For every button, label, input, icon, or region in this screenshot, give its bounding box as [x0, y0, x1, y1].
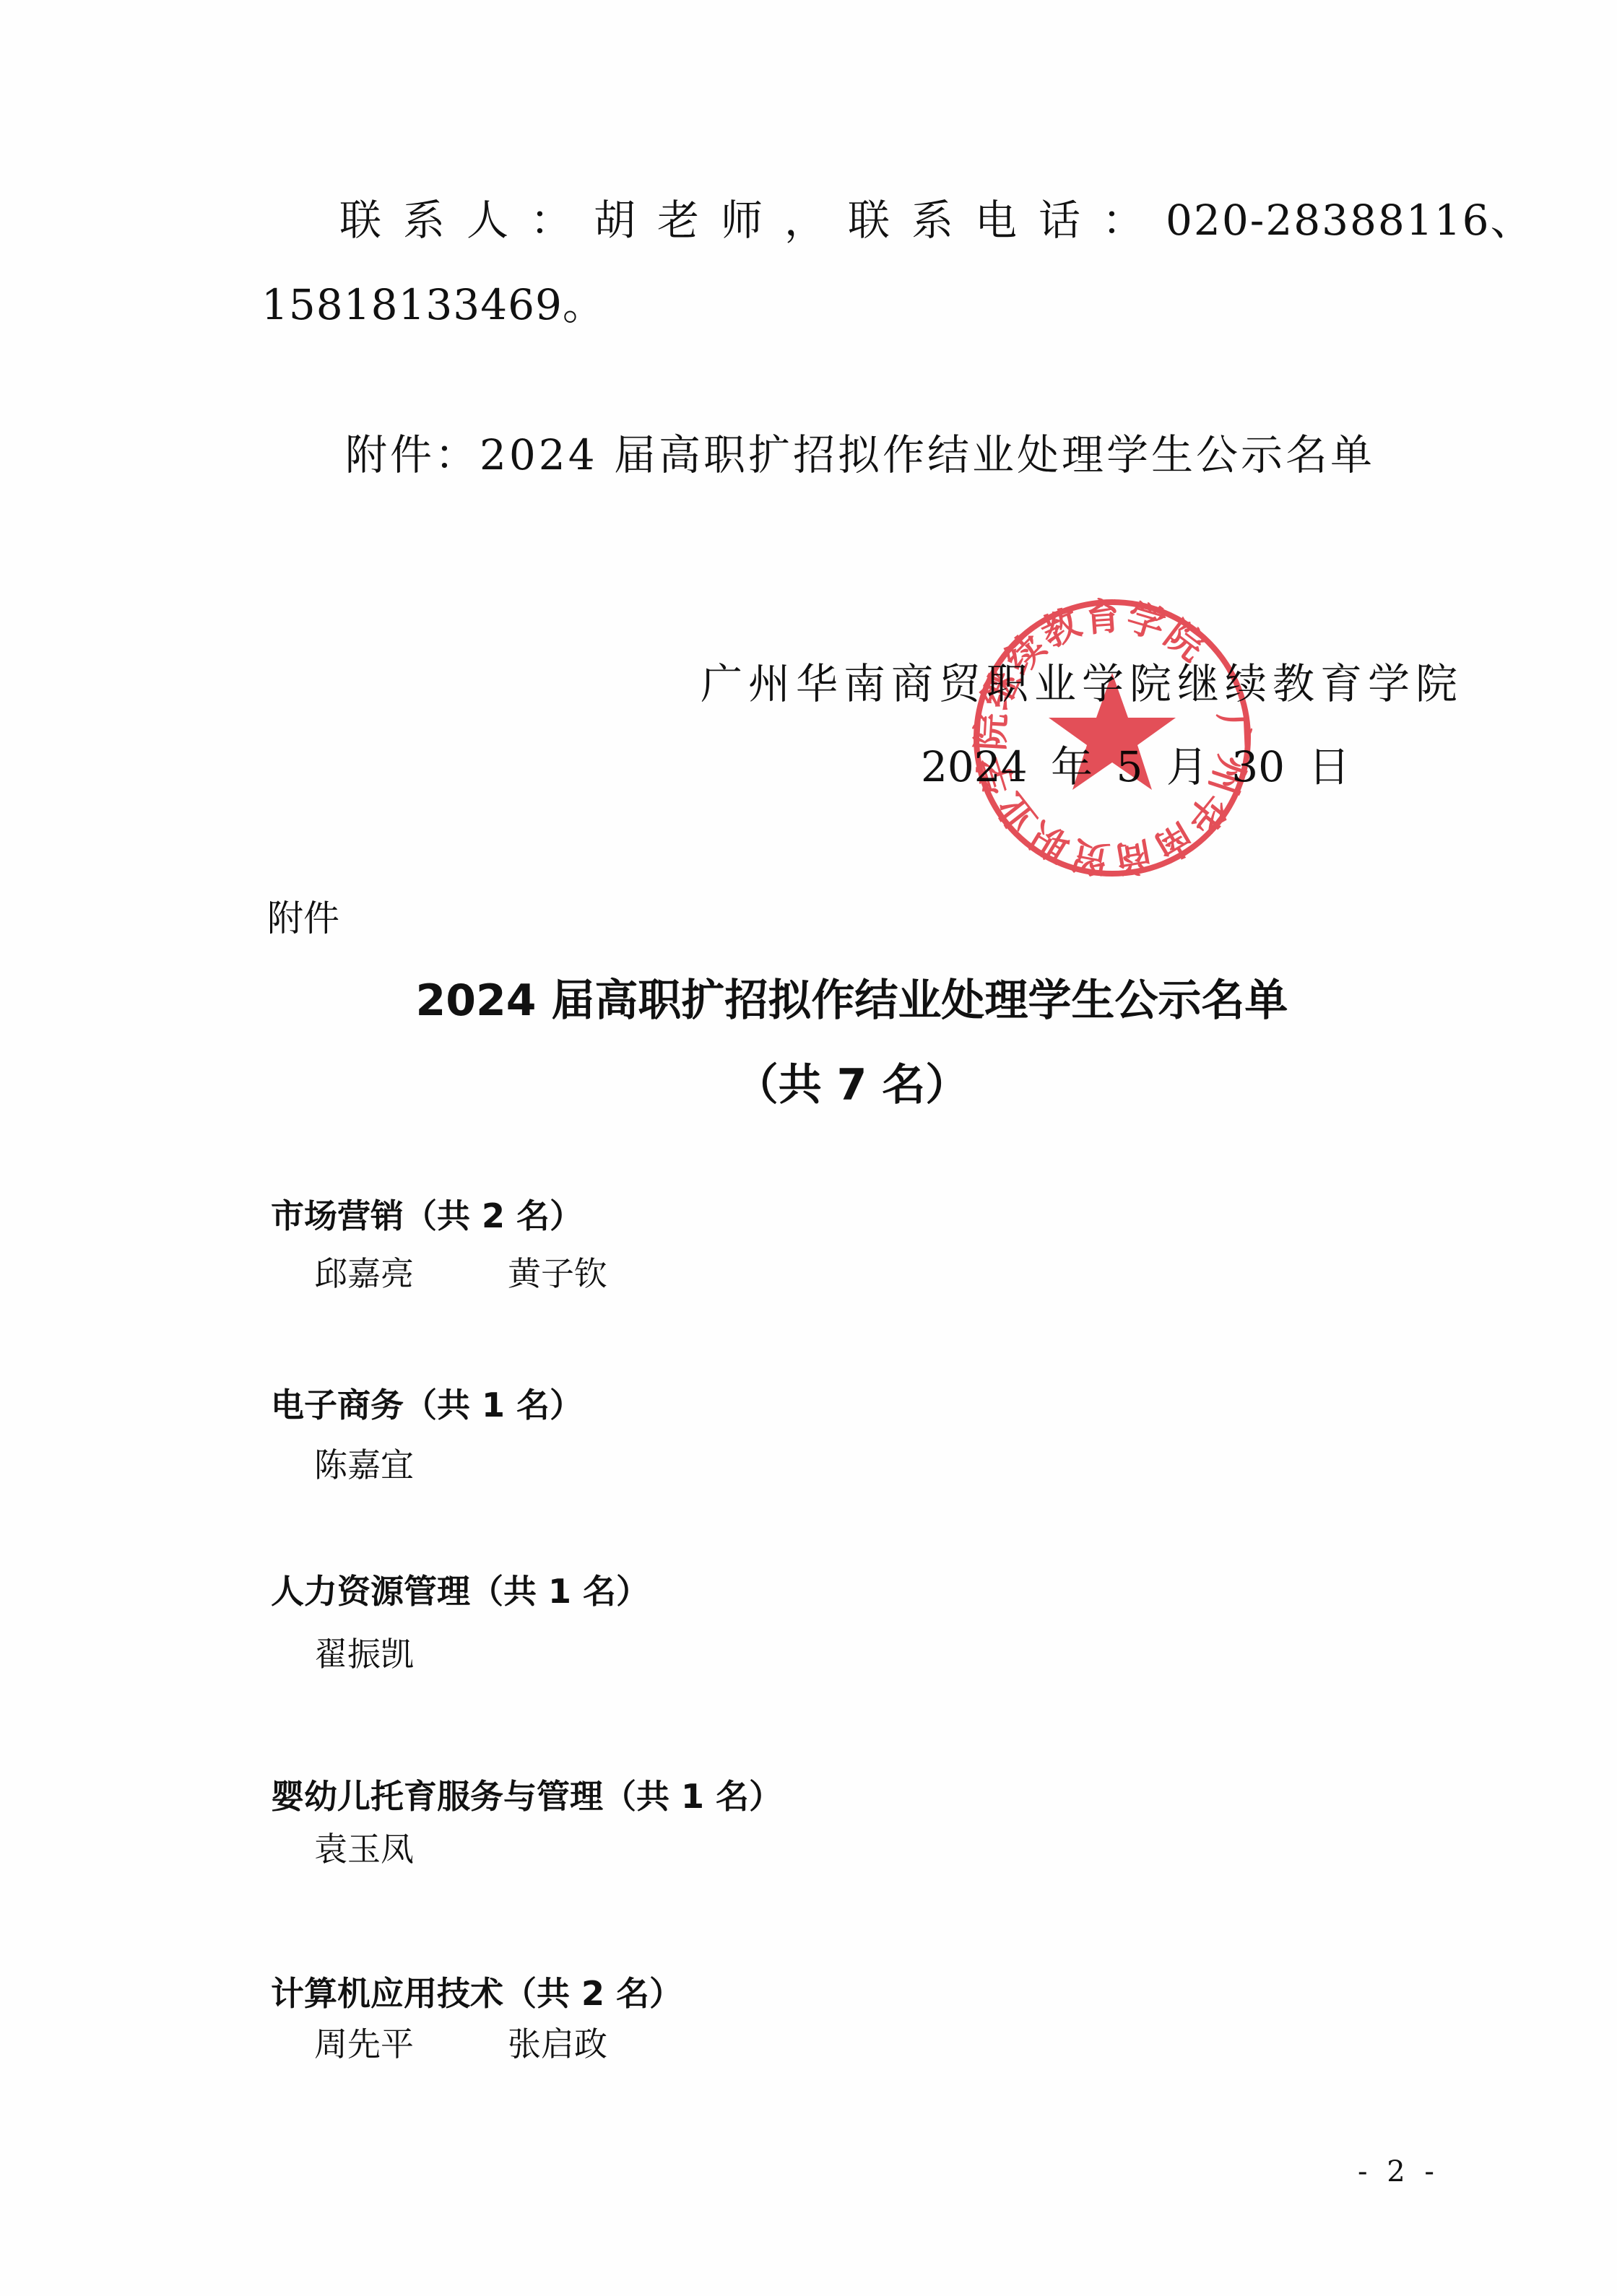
major-heading-computer-applications: 计算机应用技术（共 2 名）: [271, 1967, 682, 2015]
student-names-ecommerce: 陈嘉宜: [314, 1439, 414, 1487]
attachment-label: 附件: [267, 890, 339, 942]
student-name: 黄子钦: [508, 1248, 607, 1295]
student-names-computer-applications: 周先平 张启政: [314, 2018, 607, 2066]
student-names-hr-management: 翟振凯: [314, 1628, 414, 1676]
page-number: - 2 -: [1358, 2155, 1434, 2188]
official-seal-stamp-icon: 广州华南商贸职业学院继续教育学院: [968, 593, 1257, 882]
student-names-childcare: 袁玉凤: [314, 1823, 414, 1871]
major-heading-childcare: 婴幼儿托育服务与管理（共 1 名）: [271, 1770, 782, 1818]
student-name: 邱嘉亮: [314, 1248, 414, 1295]
major-heading-marketing: 市场营销（共 2 名）: [271, 1190, 583, 1238]
student-name: 周先平: [314, 2018, 414, 2066]
contact-text: 联系人：胡老师，联系电话：: [339, 196, 1166, 245]
student-name: 张启政: [508, 2018, 607, 2066]
major-heading-ecommerce: 电子商务（共 1 名）: [271, 1379, 583, 1427]
document-page: 联系人：胡老师，联系电话：020-28388116、 15818133469。 …: [0, 0, 1617, 2296]
contact-phone-1: 020-28388116、: [1166, 196, 1534, 245]
attachment-reference: 附件：2024 届高职扩招拟作结业处理学生公示名单: [345, 421, 1375, 482]
student-name: 袁玉凤: [314, 1823, 414, 1871]
major-heading-hr-management: 人力资源管理（共 1 名）: [271, 1565, 649, 1613]
student-name: 翟振凯: [314, 1628, 414, 1676]
contact-line: 联系人：胡老师，联系电话：020-28388116、: [339, 186, 1534, 247]
student-names-marketing: 邱嘉亮 黄子钦: [314, 1248, 607, 1295]
attachment-title: 2024 届高职扩招拟作结业处理学生公示名单: [0, 966, 1617, 1028]
contact-phone-2: 15818133469。: [261, 271, 605, 331]
attachment-subtitle: （共 7 名）: [0, 1051, 1617, 1113]
student-name: 陈嘉宜: [314, 1439, 414, 1487]
